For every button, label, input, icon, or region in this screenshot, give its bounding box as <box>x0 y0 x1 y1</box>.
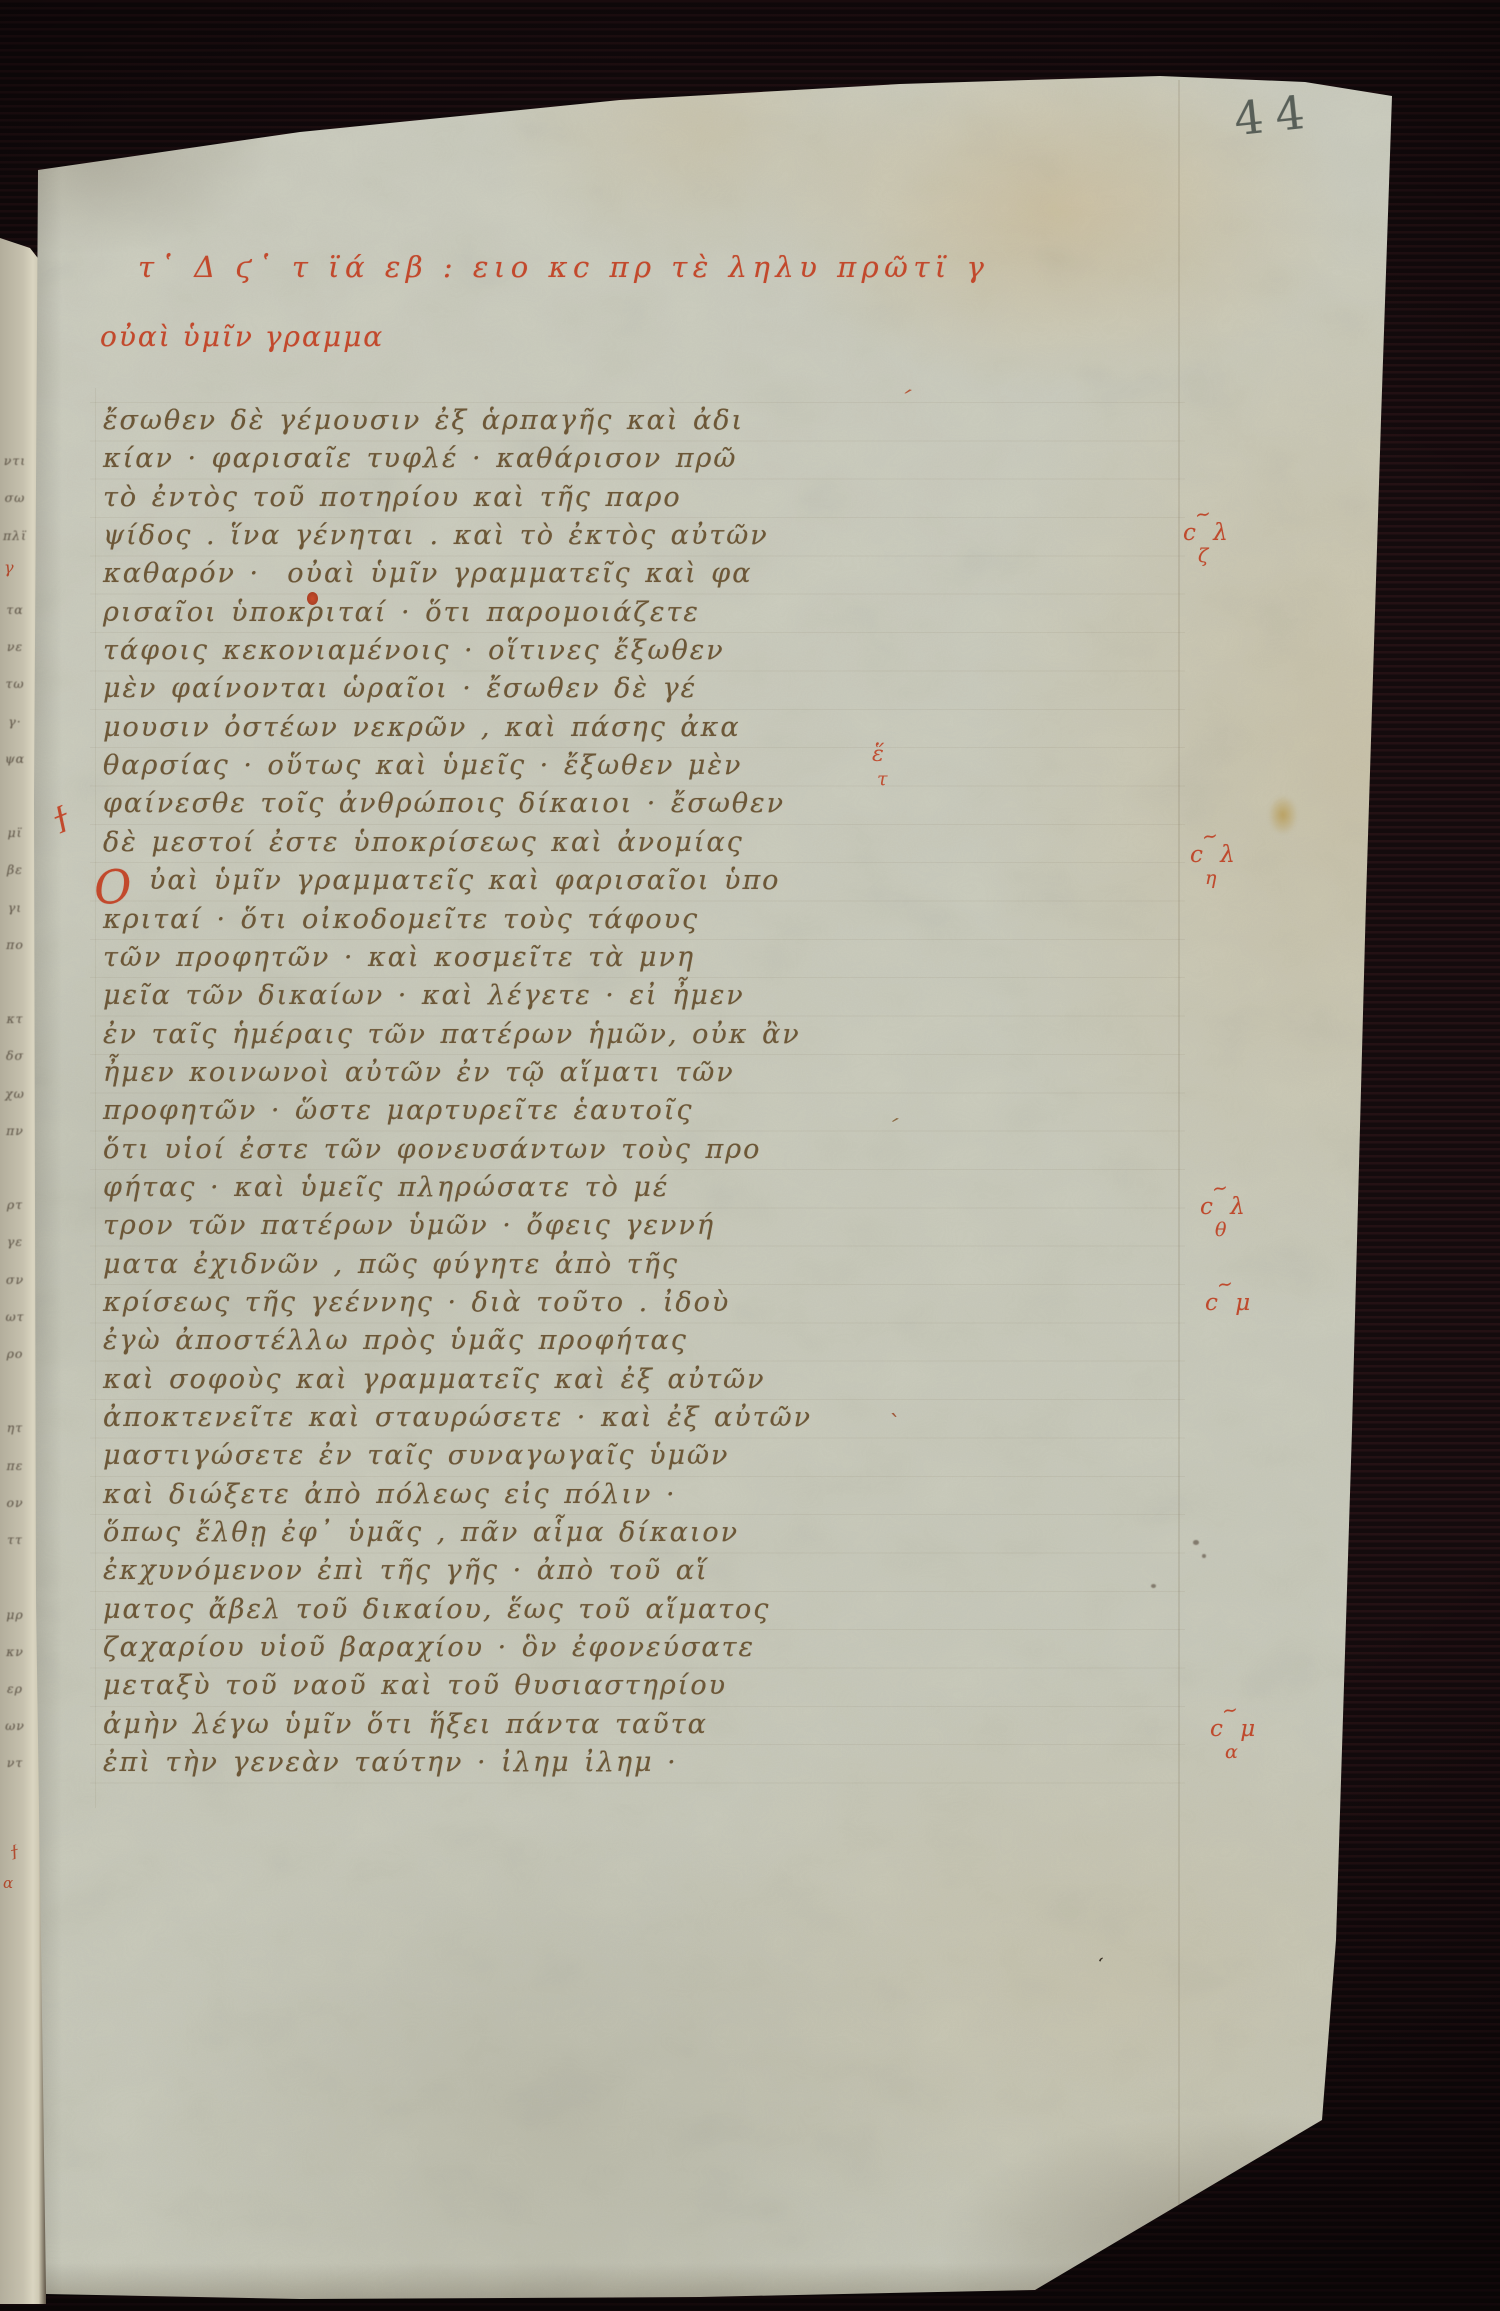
margin-chapter-number-1: ∼ ϲ λ ζ <box>1183 508 1233 566</box>
facing-page-red-letter-2: α <box>3 1874 13 1892</box>
vertical-ruling-line-left <box>95 388 96 1808</box>
margin-chapter-number-4: ∼ ϲ μ <box>1205 1278 1255 1316</box>
margin-chapter-number-2: ∼ ϲ λ η <box>1190 830 1240 888</box>
margin-chapter-number-5: ∼ ϲ μ α <box>1210 1704 1260 1762</box>
rubric-line-2: οὐαὶ ὑμῖν γραμμα <box>100 320 384 353</box>
margin-chapter-number-3: ∼ ϲ λ θ <box>1200 1182 1250 1240</box>
margin-red-abbreviation-tau: τ <box>877 768 888 790</box>
ink-speck <box>1151 1584 1156 1588</box>
margin-red-abbreviation: ἕ <box>872 742 884 767</box>
rubric-line-1: τ῾ Δ ϛ῾ τ ϊά εβ : ειο κϲ πρ τὲ ληλυ πρῶτ… <box>138 250 989 284</box>
manuscript-page: ʻ 44 τ῾ Δ ϛ῾ τ ϊά εβ : ειο κϲ πρ τὲ ληλυ… <box>0 0 1500 2311</box>
folio-number: 44 <box>1231 84 1319 146</box>
facing-page-red-letter: γ <box>4 558 14 577</box>
text-column-lower: ὐαὶ ὑμῖν γραμματεῖς καὶ φαρισαῖοι ὑπο κρ… <box>103 862 812 1782</box>
initial-omicron: Ο <box>92 859 133 915</box>
text-column-upper: ἔσωθεν δὲ γέμουσιν ἐξ ἁρπαγῆς καὶ ἀδι κί… <box>103 402 785 862</box>
vertical-ruling-line <box>1178 80 1180 2290</box>
ink-speck <box>1202 1554 1206 1558</box>
manuscript-photo: ντι σω πλϊ τα νε τω γ· ψα μϊ βε γι πο κτ… <box>0 0 1500 2311</box>
facing-page-text-fragments: ντι σω πλϊ τα νε τω γ· ψα μϊ βε γι πο κτ… <box>0 405 30 1856</box>
red-dot-separator <box>307 592 318 605</box>
wax-stain <box>1268 795 1298 835</box>
ink-speck <box>1193 1540 1199 1545</box>
